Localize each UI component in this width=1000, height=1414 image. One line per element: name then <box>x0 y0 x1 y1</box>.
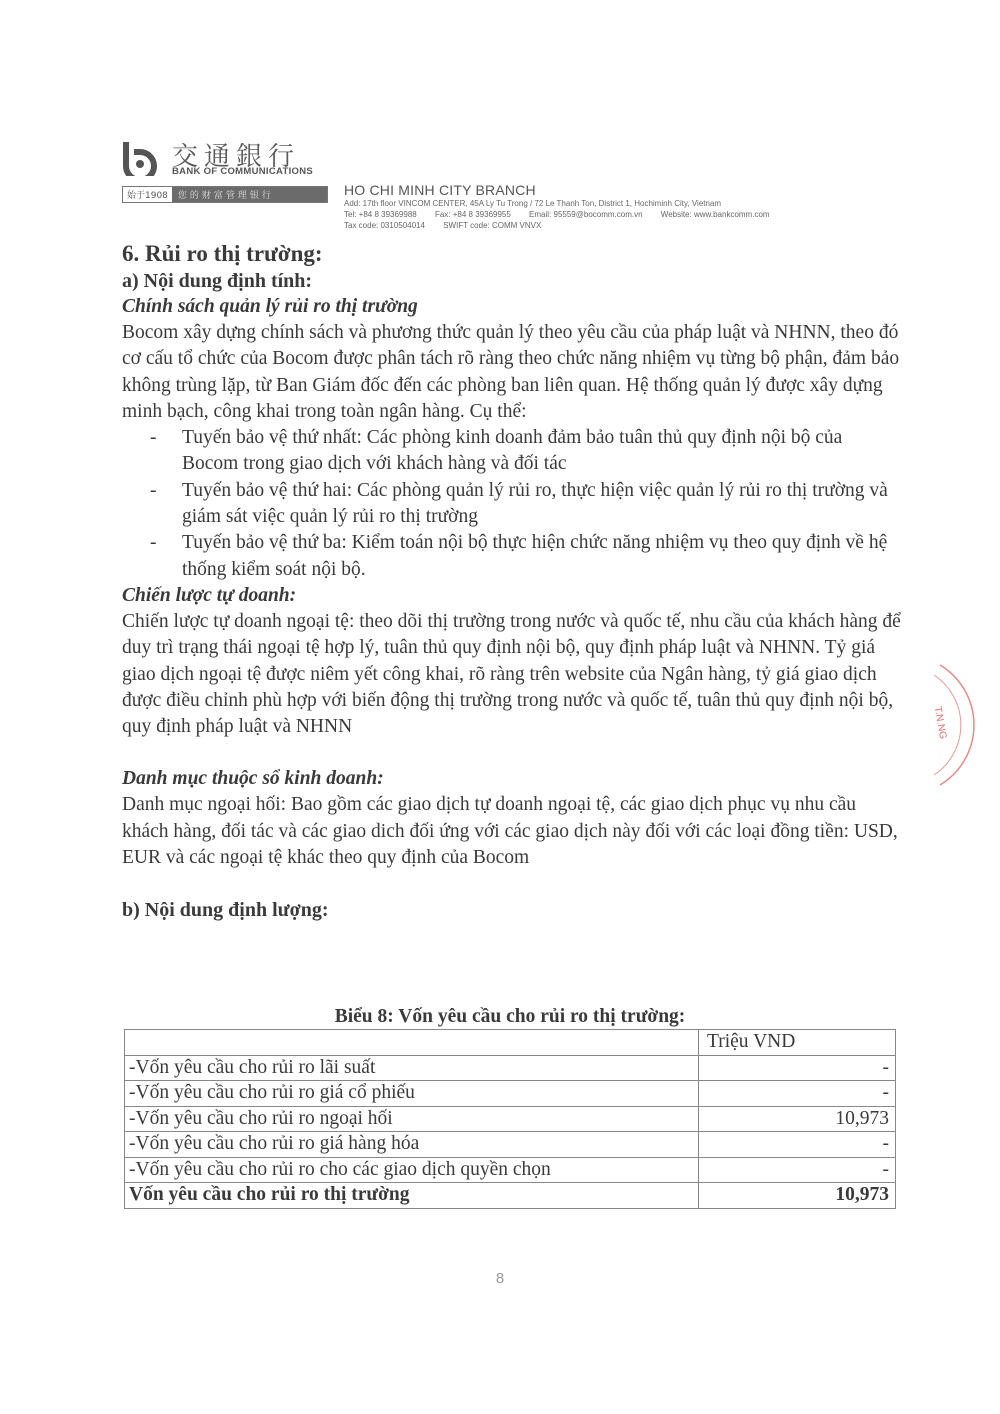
policy-heading: Chính sách quản lý rủi ro thị trường <box>122 294 902 320</box>
strategy-paragraph: Chiến lược tự doanh ngoại tệ: theo dõi t… <box>122 609 902 740</box>
branch-fax: Fax: +84 8 39369955 <box>435 210 511 219</box>
portfolio-heading: Danh mục thuộc sổ kinh doanh: <box>122 766 902 792</box>
branch-swift: SWIFT code: COMM VNVX <box>443 221 541 230</box>
bank-name-en: BANK OF COMMUNICATIONS <box>172 166 313 177</box>
row-value: - <box>699 1157 896 1183</box>
part-b-heading: b) Nội dung định lượng: <box>122 897 902 923</box>
table-row: -Vốn yêu cầu cho rủi ro giá hàng hóa - <box>125 1132 896 1158</box>
slogan-bar: 始于1908 您的财富管理银行 <box>122 186 328 203</box>
total-value: 10,973 <box>699 1183 896 1209</box>
part-a-heading: a) Nội dung định tính: <box>122 268 902 294</box>
branch-info: HO CHI MINH CITY BRANCH Add: 17th floor … <box>344 182 786 231</box>
branch-codes: Tax code: 0310504014 SWIFT code: COMM VN… <box>344 220 786 231</box>
table-row: -Vốn yêu cầu cho rủi ro cho các giao dịc… <box>125 1157 896 1183</box>
branch-email: Email: 95559@bocomm.com.vn <box>529 210 643 219</box>
list-item: Tuyến bảo vệ thứ nhất: Các phòng kinh do… <box>150 425 902 478</box>
table-title: Biểu 8: Vốn yêu cầu cho rủi ro thị trườn… <box>122 1006 898 1028</box>
list-item: Tuyến bảo vệ thứ ba: Kiểm toán nội bộ th… <box>150 530 902 583</box>
branch-title: HO CHI MINH CITY BRANCH <box>344 182 786 198</box>
row-value: - <box>699 1081 896 1107</box>
branch-tax-code: Tax code: 0310504014 <box>344 221 425 230</box>
row-label: -Vốn yêu cầu cho rủi ro lãi suất <box>125 1055 699 1081</box>
table-row: -Vốn yêu cầu cho rủi ro ngoại hối 10,973 <box>125 1106 896 1132</box>
row-label: -Vốn yêu cầu cho rủi ro ngoại hối <box>125 1106 699 1132</box>
table-total-row: Vốn yêu cầu cho rủi ro thị trường 10,973 <box>125 1183 896 1209</box>
table-header-row: Triệu VND <box>125 1030 896 1056</box>
svg-text:T.N.NG: T.N.NG <box>932 706 949 740</box>
slogan-year: 始于1908 <box>123 187 172 202</box>
document-body: 6. Rủi ro thị trường: a) Nội dung định t… <box>122 240 902 923</box>
bocom-logo-icon <box>120 140 160 176</box>
row-label: -Vốn yêu cầu cho rủi ro cho các giao dịc… <box>125 1157 699 1183</box>
page-number: 8 <box>0 1270 1000 1287</box>
portfolio-paragraph: Danh mục ngoại hối: Bao gồm các giao dịc… <box>122 792 902 871</box>
policy-paragraph: Bocom xây dựng chính sách và phương thức… <box>122 320 902 425</box>
strategy-heading: Chiến lược tự doanh: <box>122 583 902 609</box>
list-item: Tuyến bảo vệ thứ hai: Các phòng quản lý … <box>150 478 902 531</box>
red-seal-stamp-icon: T.N.NG <box>930 660 990 790</box>
defense-lines-list: Tuyến bảo vệ thứ nhất: Các phòng kinh do… <box>122 425 902 583</box>
slogan-text: 您的财富管理银行 <box>172 187 327 202</box>
branch-contacts: Tel: +84 8 39369988 Fax: +84 8 39369955 … <box>344 209 786 220</box>
table-row: -Vốn yêu cầu cho rủi ro giá cổ phiếu - <box>125 1081 896 1107</box>
branch-website: Website: www.bankcomm.com <box>661 210 770 219</box>
table-row: -Vốn yêu cầu cho rủi ro lãi suất - <box>125 1055 896 1081</box>
unit-header: Triệu VND <box>699 1030 896 1056</box>
market-risk-capital-table: Triệu VND -Vốn yêu cầu cho rủi ro lãi su… <box>124 1029 896 1209</box>
branch-tel: Tel: +84 8 39369988 <box>344 210 417 219</box>
branch-address: Add: 17th floor VINCOM CENTER, 45A Ly Tu… <box>344 198 786 209</box>
row-value: 10,973 <box>699 1106 896 1132</box>
row-label: -Vốn yêu cầu cho rủi ro giá hàng hóa <box>125 1132 699 1158</box>
section-title: 6. Rủi ro thị trường: <box>122 240 902 268</box>
total-label: Vốn yêu cầu cho rủi ro thị trường <box>125 1183 699 1209</box>
row-value: - <box>699 1132 896 1158</box>
row-label: -Vốn yêu cầu cho rủi ro giá cổ phiếu <box>125 1081 699 1107</box>
row-value: - <box>699 1055 896 1081</box>
